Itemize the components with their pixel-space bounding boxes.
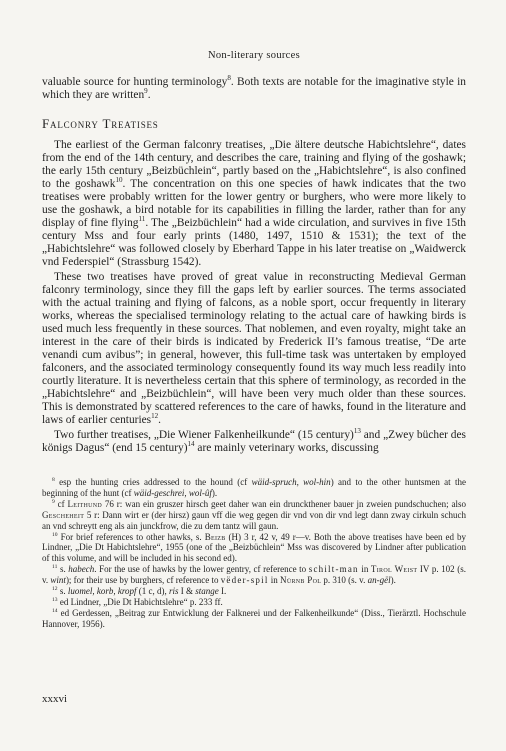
footnote-12: 12 s. luomel, korb, kropf (1 c, d), ris … bbox=[42, 586, 466, 597]
paragraph-falconry-2: These two treatises have proved of great… bbox=[42, 271, 466, 427]
paragraph-intro: valuable source for hunting terminology8… bbox=[42, 76, 466, 102]
footnote-13: 13 ed Lindner, „Die Dt Habichtslehre“ p.… bbox=[42, 597, 466, 608]
running-head: Non-literary sources bbox=[42, 50, 466, 61]
book-page: Non-literary sources valuable source for… bbox=[0, 0, 506, 751]
footnote-8: 8 esp the hunting cries addressed to the… bbox=[42, 477, 466, 499]
footnote-10: 10 For brief references to other hawks, … bbox=[42, 532, 466, 565]
paragraph-falconry-1: The earliest of the German falconry trea… bbox=[42, 139, 466, 269]
footnote-14: 14 ed Gerdessen, „Beitrag zur Entwicklun… bbox=[42, 608, 466, 630]
page-number: xxxvi bbox=[42, 693, 67, 705]
footnotes: 8 esp the hunting cries addressed to the… bbox=[42, 477, 466, 630]
body-text: valuable source for hunting terminology8… bbox=[42, 76, 466, 455]
footnote-9: 9 cf Leithund 76 r: wan ein gruszer hirs… bbox=[42, 499, 466, 532]
section-heading: Falconry Treatises bbox=[42, 117, 466, 130]
footnote-11: 11 s. habech. For the use of hawks by th… bbox=[42, 564, 466, 586]
paragraph-falconry-3: Two further treatises, „Die Wiener Falke… bbox=[42, 429, 466, 455]
